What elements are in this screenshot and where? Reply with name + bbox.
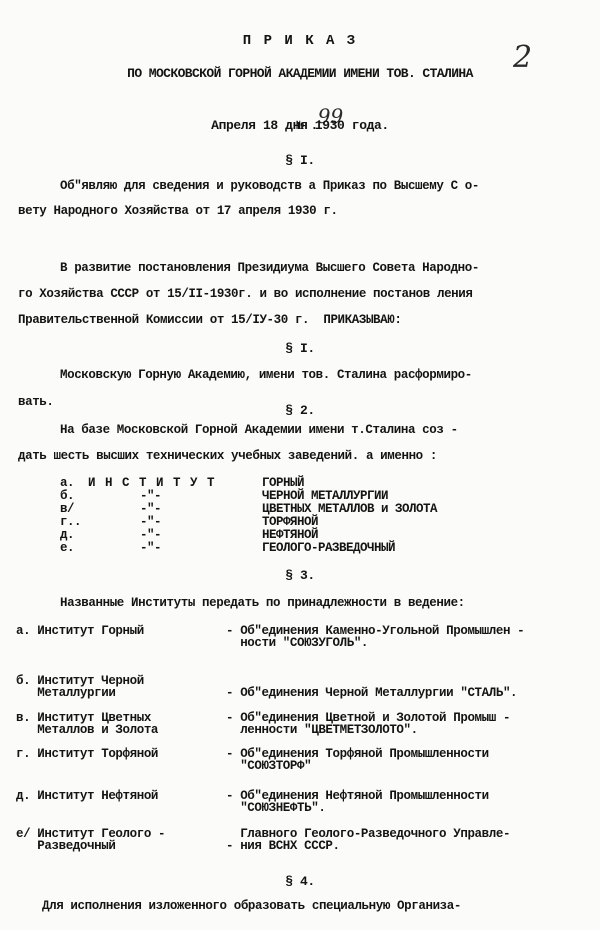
transfer-authority: ленности "ЦВЕТМЕТЗОЛОТО".: [226, 724, 418, 736]
transfer-institute: а. Институт Горный: [16, 625, 144, 637]
paragraph-line: Для исполнения изложенного образовать сп…: [42, 899, 461, 913]
paragraph-line: Московскую Горную Академию, имени тов. С…: [60, 368, 472, 382]
transfer-institute: Разведочный: [16, 840, 115, 852]
paragraph-line: дать шесть высших технических учебных за…: [18, 449, 437, 463]
paragraph-line: го Хозяйства СССР от 15/II-1930г. и во и…: [18, 287, 472, 301]
transfer-institute: Металлургии: [16, 687, 115, 699]
document-page: П Р И К А З ПО МОСКОВСКОЙ ГОРНОЙ АКАДЕМИ…: [0, 0, 600, 930]
transfer-institute: Металлов и Золота: [16, 724, 158, 736]
paragraph-line: Правительственной Комиссии от 15/IУ-30 г…: [18, 313, 401, 327]
institute-name: ГЕОЛОГО-РАЗВЕДОЧНЫЙ: [262, 542, 395, 556]
transfer-institute: г. Институт Торфяной: [16, 748, 158, 760]
handwritten-page-mark: 2: [513, 40, 532, 75]
transfer-institute: д. Институт Нефтяной: [16, 790, 158, 802]
institute-kind: -"-: [140, 542, 161, 556]
transfer-authority: "СОЮЗНЕФТЬ".: [226, 802, 325, 814]
transfer-authority: - Об"единения Черной Металлургии "СТАЛЬ"…: [226, 687, 517, 699]
section-heading: § I.: [0, 153, 600, 168]
section-heading: § 2.: [0, 403, 600, 418]
institute-letter: е.: [60, 542, 74, 556]
order-date: Апреля 18 дня 1930 года.: [0, 118, 600, 133]
paragraph-line: Об"являю для сведения и руководств а При…: [60, 179, 479, 193]
paragraph-line: вету Народного Хозяйства от 17 апреля 19…: [18, 204, 338, 218]
transfer-authority: ности "СОЮЗУГОЛЬ".: [226, 637, 368, 649]
paragraph-line: В развитие постановления Президиума Высш…: [60, 261, 479, 275]
order-title: П Р И К А З: [0, 33, 600, 49]
order-subtitle: ПО МОСКОВСКОЙ ГОРНОЙ АКАДЕМИИ ИМЕНИ ТОВ.…: [0, 66, 600, 81]
transfer-authority: "СОЮЗТОРФ": [226, 760, 311, 772]
section-heading: § I.: [0, 341, 600, 356]
paragraph-line: Названные Институты передать по принадле…: [60, 596, 465, 610]
paragraph-line: На базе Московской Горной Академии имени…: [60, 423, 458, 437]
transfer-authority: - ния ВСНХ СССР.: [226, 840, 340, 852]
section-heading: § 3.: [0, 568, 600, 583]
section-heading: § 4.: [0, 874, 600, 889]
